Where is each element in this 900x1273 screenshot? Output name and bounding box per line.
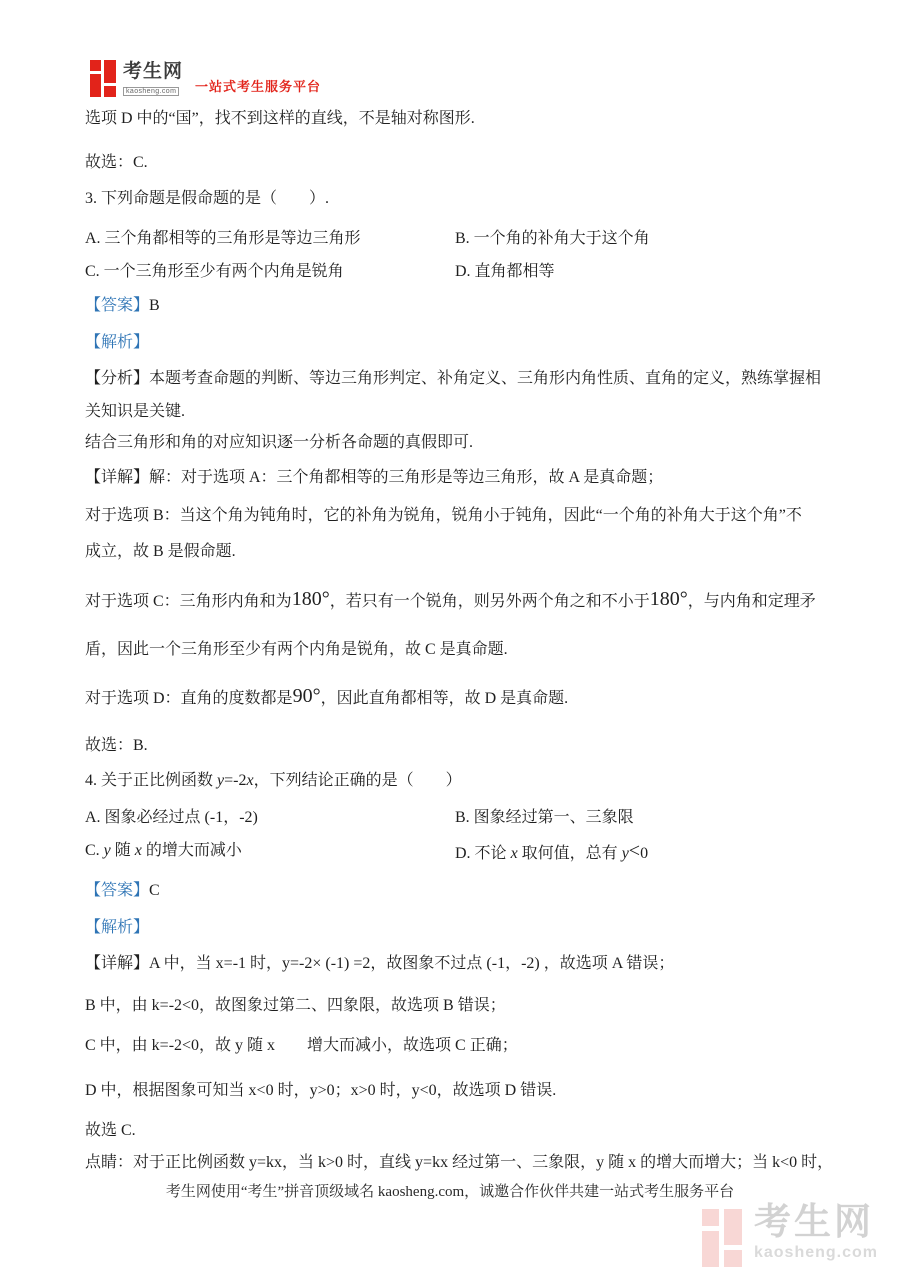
q4-detail-option-c: C 中，由 k=-2<0，故 y 随 x 增大而减小，故选项 C 正确； xyxy=(85,1035,833,1057)
q4-detail-option-d: D 中，根据图象可知当 x<0 时，y>0；x>0 时，y<0，故选项 D 错误… xyxy=(85,1080,833,1102)
exam-document-page: 考生网 kaosheng.com 一站式考生服务平台 选项 D 中的“国”，找不… xyxy=(0,0,900,1273)
text-segment: 180° xyxy=(650,588,688,610)
q3-analysis-line2: 关知识是关键. xyxy=(85,401,833,423)
text-segment: 对于选项 C：三角形内角和为 xyxy=(85,593,292,610)
text-segment: 取何值，总有 xyxy=(518,845,622,862)
q4-detail-option-b: B 中，由 k=-2<0，故图象过第二、四象限，故选项 B 错误； xyxy=(85,995,833,1017)
header-logo: 考生网 kaosheng.com 一站式考生服务平台 xyxy=(90,60,321,97)
text-segment: A. 图象必经过点 (-1，-2) xyxy=(85,809,258,826)
kaosheng-logo-icon xyxy=(90,60,117,97)
text-segment: x xyxy=(135,842,142,859)
q4-analysis-label: 【解析】 xyxy=(85,917,833,939)
text-segment: B. 一个角的补角大于这个角 xyxy=(455,230,650,247)
text-segment: B xyxy=(149,297,160,314)
option-cell: B. 一个角的补角大于这个角 xyxy=(455,228,833,250)
text-segment: ，若只有一个锐角，则另外两个角之和不小于 xyxy=(330,593,650,610)
text-segment: C 中，由 k=-2<0，故 y 随 x 增大而减小，故选项 C 正确； xyxy=(85,1037,518,1054)
q3-stem: 3. 下列命题是假命题的是（ ）. xyxy=(85,188,833,210)
q3-detail-option-a: 【详解】解：对于选项 A：三个角都相等的三角形是等边三角形，故 A 是真命题； xyxy=(85,467,833,489)
q3-detail-option-c-line2: 盾，因此一个三角形至少有两个内角是锐角，故 C 是真命题. xyxy=(85,639,833,661)
text-segment: C. xyxy=(85,842,104,859)
text-segment: 【答案】 xyxy=(85,882,149,899)
kaosheng-watermark-icon xyxy=(702,1209,744,1267)
text-segment: 3. 下列命题是假命题的是（ ）. xyxy=(85,190,329,207)
q3-detail-option-b-line1: 对于选项 B：当这个角为钝角时，它的补角为锐角，锐角小于钝角，因此“一个角的补角… xyxy=(85,505,833,527)
option-cell: A. 图象必经过点 (-1，-2) xyxy=(85,807,455,829)
text-segment: D 中，根据图象可知当 x<0 时，y>0；x>0 时，y<0，故选项 D 错误… xyxy=(85,1082,556,1099)
text-segment: ，与内角和定理矛 xyxy=(688,593,816,610)
text-segment: ，因此直角都相等，故 D 是真命题. xyxy=(321,690,569,707)
footer-text: 考生网使用“考生”拼音顶级域名 kaosheng.com，诚邀合作伙伴共建一站式… xyxy=(0,1180,900,1201)
q4-stem: 4. 关于正比例函数 y=-2x，下列结论正确的是（ ） xyxy=(85,770,833,792)
text-segment: 选项 D 中的“国”，找不到这样的直线，不是轴对称图形. xyxy=(85,110,475,127)
q3-options-ab: A. 三个角都相等的三角形是等边三角形B. 一个角的补角大于这个角 xyxy=(85,228,833,250)
text-segment: =-2 xyxy=(224,772,246,789)
watermark-text-block: 考生网 kaosheng.com xyxy=(754,1203,878,1261)
text-segment: 【详解】解：对于选项 A：三个角都相等的三角形是等边三角形，故 A 是真命题； xyxy=(85,469,663,486)
text-segment: 盾，因此一个三角形至少有两个内角是锐角，故 C 是真命题. xyxy=(85,641,508,658)
text-segment: 90° xyxy=(293,685,321,707)
text-segment: A. 三个角都相等的三角形是等边三角形 xyxy=(85,230,361,247)
q3-analysis-line1: 【分析】本题考查命题的判断、等边三角形判定、补角定义、三角形内角性质、直角的定义… xyxy=(85,368,833,390)
text-segment: 故选：C. xyxy=(85,154,148,171)
text-segment: 【详解】A 中，当 x=-1 时，y=-2× (-1) =2，故图象不过点 (-… xyxy=(85,955,674,972)
text-segment: B. 图象经过第一、三象限 xyxy=(455,809,634,826)
brand-domain: kaosheng.com xyxy=(123,87,179,96)
watermark-domain: kaosheng.com xyxy=(754,1245,878,1261)
q2-explanation-line: 选项 D 中的“国”，找不到这样的直线，不是轴对称图形. xyxy=(85,108,833,130)
text-segment: 随 xyxy=(111,842,135,859)
q3-options-cd: C. 一个三角形至少有两个内角是锐角D. 直角都相等 xyxy=(85,261,833,283)
option-cell: A. 三个角都相等的三角形是等边三角形 xyxy=(85,228,455,250)
q3-detail-option-d: 对于选项 D：直角的度数都是90°，因此直角都相等，故 D 是真命题. xyxy=(85,685,833,710)
text-segment: 成立，故 B 是假命题. xyxy=(85,543,236,560)
text-segment: y xyxy=(104,842,111,859)
text-segment: 【答案】 xyxy=(85,297,149,314)
text-segment: 0 xyxy=(640,845,648,862)
option-cell: D. 不论 x 取何值，总有 y<0 xyxy=(455,840,833,865)
text-segment: 【分析】本题考查命题的判断、等边三角形判定、补角定义、三角形内角性质、直角的定义… xyxy=(85,370,821,387)
text-segment: B 中，由 k=-2<0，故图象过第二、四象限，故选项 B 错误； xyxy=(85,997,506,1014)
q3-analysis-label: 【解析】 xyxy=(85,332,833,354)
text-segment: 4. 关于正比例函数 xyxy=(85,772,217,789)
brand-name: 考生网 xyxy=(123,62,183,81)
text-segment: 故选 C. xyxy=(85,1122,136,1139)
text-segment: 的增大而减小 xyxy=(142,842,242,859)
text-segment: 故选：B. xyxy=(85,737,148,754)
q4-detail-option-a: 【详解】A 中，当 x=-1 时，y=-2× (-1) =2，故图象不过点 (-… xyxy=(85,953,833,975)
q4-conclusion: 故选 C. xyxy=(85,1120,833,1142)
text-segment: C xyxy=(149,882,160,899)
option-cell: C. 一个三角形至少有两个内角是锐角 xyxy=(85,261,455,283)
q4-answer-line: 【答案】C xyxy=(85,880,833,902)
text-segment: 对于选项 B：当这个角为钝角时，它的补角为锐角，锐角小于钝角，因此“一个角的补角… xyxy=(85,507,802,524)
q4-tip-line: 点睛：对于正比例函数 y=kx，当 k>0 时，直线 y=kx 经过第一、三象限… xyxy=(85,1152,833,1174)
text-segment: 结合三角形和角的对应知识逐一分析各命题的真假即可. xyxy=(85,434,473,451)
watermark-logo: 考生网 kaosheng.com xyxy=(702,1203,878,1267)
text-segment: D. 不论 xyxy=(455,845,511,862)
q3-conclusion: 故选：B. xyxy=(85,735,833,757)
text-segment: x xyxy=(511,845,518,862)
q3-detail-option-c-line1: 对于选项 C：三角形内角和为180°，若只有一个锐角，则另外两个角之和不小于18… xyxy=(85,588,833,613)
text-segment: x xyxy=(246,772,253,789)
q3-detail-option-b-line2: 成立，故 B 是假命题. xyxy=(85,541,833,563)
text-segment: y xyxy=(622,845,629,862)
q3-analysis-line3: 结合三角形和角的对应知识逐一分析各命题的真假即可. xyxy=(85,432,833,454)
option-cell: C. y 随 x 的增大而减小 xyxy=(85,840,455,865)
text-segment: 【解析】 xyxy=(85,334,149,351)
text-segment: 180° xyxy=(292,588,330,610)
text-segment: 点睛：对于正比例函数 y=kx，当 k>0 时，直线 y=kx 经过第一、三象限… xyxy=(85,1154,833,1171)
document-body: 选项 D 中的“国”，找不到这样的直线，不是轴对称图形.故选：C.3. 下列命题… xyxy=(85,106,833,1174)
text-segment: 【解析】 xyxy=(85,919,149,936)
text-segment: 关知识是关键. xyxy=(85,403,185,420)
text-segment: C. 一个三角形至少有两个内角是锐角 xyxy=(85,263,344,280)
brand-tagline: 一站式考生服务平台 xyxy=(195,76,321,95)
text-segment: ，下列结论正确的是（ ） xyxy=(254,772,462,789)
brand-text-block: 考生网 kaosheng.com xyxy=(123,62,183,97)
q4-options-ab: A. 图象必经过点 (-1，-2)B. 图象经过第一、三象限 xyxy=(85,807,833,829)
text-segment: < xyxy=(629,840,640,862)
text-segment: 对于选项 D：直角的度数都是 xyxy=(85,690,293,707)
watermark-name: 考生网 xyxy=(754,1203,878,1240)
q4-options-cd: C. y 随 x 的增大而减小D. 不论 x 取何值，总有 y<0 xyxy=(85,840,833,865)
q2-conclusion: 故选：C. xyxy=(85,152,833,174)
q3-answer-line: 【答案】B xyxy=(85,295,833,317)
option-cell: B. 图象经过第一、三象限 xyxy=(455,807,833,829)
text-segment: D. 直角都相等 xyxy=(455,263,555,280)
option-cell: D. 直角都相等 xyxy=(455,261,833,283)
